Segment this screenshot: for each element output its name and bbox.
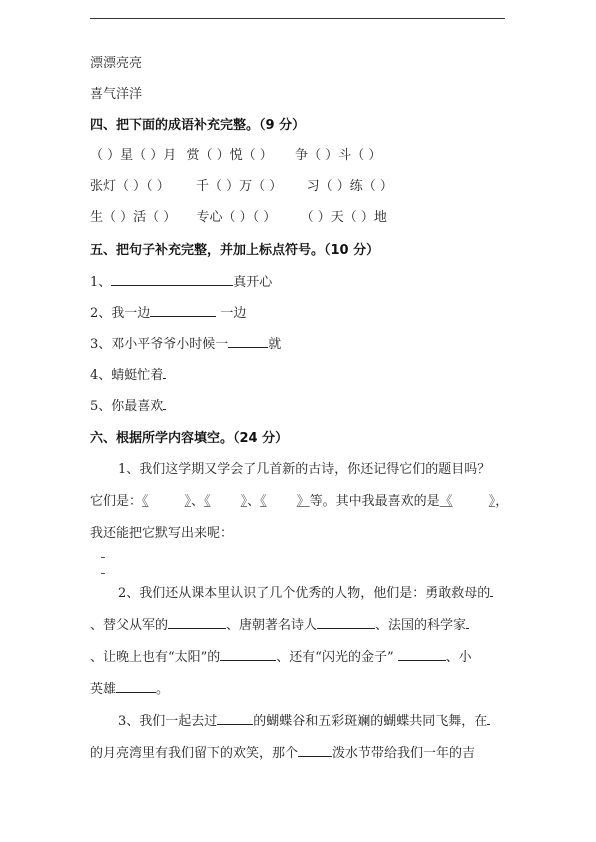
idiom-blank: 专心（ ）（ ） bbox=[197, 210, 277, 225]
text: 。 bbox=[156, 682, 169, 697]
text: 、小 bbox=[446, 650, 472, 665]
answer-blank[interactable] bbox=[111, 273, 233, 286]
answer-blank[interactable] bbox=[150, 304, 216, 317]
text: 2、我们还从课本里认识了几个优秀的人物，他们是：勇敢救母的 bbox=[118, 586, 490, 601]
section-4-heading: 四、把下面的成语补充完整。（9 分） bbox=[90, 118, 305, 134]
answer-blank[interactable] bbox=[490, 584, 493, 597]
item-number: 4、 bbox=[90, 368, 111, 383]
section-4-row-1: （ ）星（ ）月 赏（ ）悦（ ） 争（ ）斗（ ） bbox=[90, 148, 381, 164]
text: 、让晚上也有“太阳”的 bbox=[90, 650, 220, 665]
answer-blank[interactable] bbox=[168, 616, 226, 629]
section-4-row-3: 生（ ）活（ ） 专心（ ）（ ） （ ）天（ ）地 bbox=[90, 210, 387, 226]
text: 、替父从军的 bbox=[90, 618, 168, 633]
idiom-line-2: 喜气洋洋 bbox=[90, 87, 142, 103]
idiom-blank: （ ）天（ ）地 bbox=[301, 210, 387, 225]
q3-line-1: 3、我们一起去过的蝴蝶谷和五彩斑斓的蝴蝶共同飞舞，在 bbox=[118, 712, 490, 730]
sentence-text: 一边 bbox=[216, 306, 246, 321]
text: 3、我们一起去过 bbox=[118, 714, 217, 729]
idiom-blank: 赏（ ）悦（ ） bbox=[187, 148, 273, 163]
answer-blank[interactable] bbox=[220, 648, 276, 661]
text: 、法国的科学家 bbox=[375, 618, 466, 633]
answer-blank[interactable] bbox=[217, 712, 253, 725]
sentence-text: 就 bbox=[268, 337, 281, 352]
idiom-blank: 生（ ）活（ ） bbox=[90, 210, 176, 225]
section-4-row-2: 张灯（ ）（ ） 千（ ）万（ ） 习（ ）练（ ） bbox=[90, 179, 393, 195]
sentence-4: 4、蜻蜓忙着 bbox=[90, 366, 166, 384]
section-5-heading: 五、把句子补充完整，并加上标点符号。（10 分） bbox=[90, 243, 379, 259]
text: 、 bbox=[247, 494, 260, 509]
q2-line-4: 英雄。 bbox=[90, 680, 169, 698]
poem-title-blank-1[interactable]: 《》 bbox=[142, 494, 191, 509]
answer-blank[interactable] bbox=[317, 616, 375, 629]
answer-blank[interactable] bbox=[466, 616, 469, 629]
header-rule bbox=[90, 18, 505, 19]
q2-line-2: 、替父从军的、唐朝著名诗人、法国的科学家 bbox=[90, 616, 469, 634]
text: 等。其中我最喜欢的是 bbox=[310, 494, 440, 509]
sentence-1: 1、真开心 bbox=[90, 273, 272, 291]
answer-blank[interactable] bbox=[163, 366, 166, 379]
sentence-text: 真开心 bbox=[233, 275, 272, 290]
favorite-poem-blank[interactable]: 《》 bbox=[440, 494, 496, 509]
text: 、还有“闪光的金子” bbox=[276, 650, 393, 665]
section-6-heading: 六、根据所学内容填空。（24 分） bbox=[90, 431, 288, 447]
sentence-3: 3、邓小平爷爷小时候一就 bbox=[90, 335, 281, 353]
answer-blank[interactable] bbox=[163, 397, 166, 410]
text: 、 bbox=[191, 494, 204, 509]
text: ， bbox=[495, 494, 508, 509]
idiom-blank: 争（ ）斗（ ） bbox=[295, 148, 381, 163]
q2-line-1: 2、我们还从课本里认识了几个优秀的人物，他们是：勇敢救母的 bbox=[118, 584, 493, 602]
q1-line-2: 它们是：《》、《》、《》等。其中我最喜欢的是《》， bbox=[90, 494, 508, 510]
answer-blank[interactable] bbox=[298, 744, 332, 757]
text: 泼水节带给我们一年的吉 bbox=[332, 746, 475, 761]
idiom-blank: 张灯（ ）（ ） bbox=[90, 179, 170, 194]
text: 它们是： bbox=[90, 494, 142, 509]
poem-title-blank-2[interactable]: 《》 bbox=[204, 494, 247, 509]
item-number: 5、 bbox=[90, 399, 111, 414]
q1-line-3: 我还能把它默写出来呢： bbox=[90, 526, 233, 542]
item-number: 2、 bbox=[90, 306, 111, 321]
sentence-text: 我一边 bbox=[111, 306, 150, 321]
q1-line-1: 1、我们这学期又学会了几首新的古诗，你还记得它们的题目吗？ bbox=[118, 462, 490, 478]
q3-line-2: 的月亮湾里有我们留下的欢笑，那个泼水节带给我们一年的吉 bbox=[90, 744, 475, 762]
answer-blank[interactable] bbox=[398, 648, 446, 661]
item-number: 3、 bbox=[90, 337, 111, 352]
text: 英雄 bbox=[90, 682, 116, 697]
idiom-line-1: 漂漂亮亮 bbox=[90, 56, 142, 72]
empty-line-marker bbox=[101, 573, 105, 574]
sentence-2: 2、我一边 一边 bbox=[90, 304, 246, 322]
sentence-text: 邓小平爷爷小时候一 bbox=[111, 337, 228, 352]
item-number: 1、 bbox=[90, 275, 111, 290]
answer-blank[interactable] bbox=[487, 712, 490, 725]
answer-blank[interactable] bbox=[228, 335, 268, 348]
sentence-text: 蜻蜓忙着 bbox=[111, 368, 163, 383]
idiom-blank: 习（ ）练（ ） bbox=[307, 179, 393, 194]
idiom-blank: 千（ ）万（ ） bbox=[196, 179, 282, 194]
text: 、唐朝著名诗人 bbox=[226, 618, 317, 633]
text: 的月亮湾里有我们留下的欢笑，那个 bbox=[90, 746, 298, 761]
sentence-text: 你最喜欢 bbox=[111, 399, 163, 414]
empty-line-marker bbox=[101, 557, 105, 558]
poem-title-blank-3[interactable]: 《》 bbox=[260, 494, 310, 509]
sentence-5: 5、你最喜欢 bbox=[90, 397, 166, 415]
text: 的蝴蝶谷和五彩斑斓的蝴蝶共同飞舞，在 bbox=[253, 714, 487, 729]
q2-line-3: 、让晚上也有“太阳”的、还有“闪光的金子”、小 bbox=[90, 648, 472, 666]
answer-blank[interactable] bbox=[116, 680, 156, 693]
idiom-blank: （ ）星（ ）月 bbox=[90, 148, 176, 163]
